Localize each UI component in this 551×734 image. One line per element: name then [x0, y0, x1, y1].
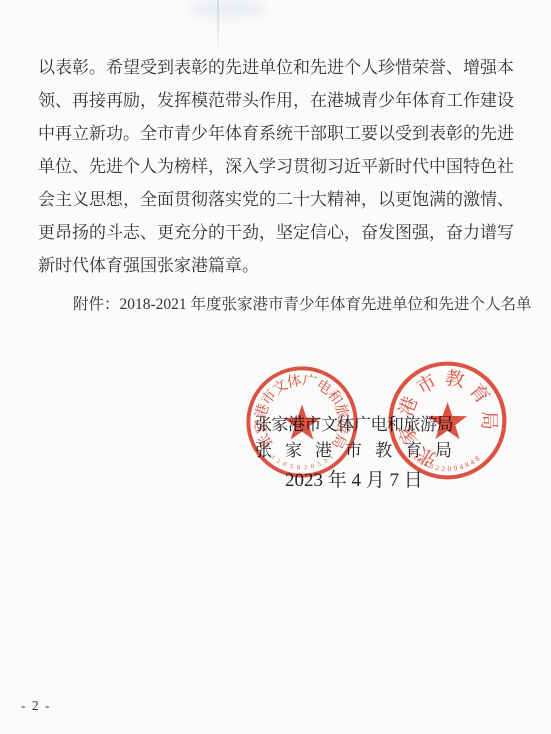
svg-text:2: 2	[435, 464, 441, 473]
body-line: 会主义思想，全面贯彻落实党的二十大精神，以更饱满的激情、	[38, 183, 516, 216]
education-bureau-seal: 张家港市教育局3205822094848	[386, 359, 509, 482]
svg-text:0: 0	[282, 461, 288, 469]
body-line: 领、再接再励，发挥模范带头作用，在港城青少年体育工作建设	[38, 84, 516, 117]
body-line: 更昂扬的斗志、更充分的干劲，坚定信心，奋发图强，奋力谱写	[38, 216, 516, 249]
culture-sports-tourism-bureau-seal: 张家港市文体广电和旅游局3205820531	[244, 364, 360, 480]
body-line: 单位、先进个人为榜样，深入学习贯彻习近平新时代中国特色社	[38, 150, 516, 183]
svg-text:局: 局	[478, 411, 499, 430]
svg-text:2: 2	[441, 465, 446, 473]
svg-text:0: 0	[447, 465, 451, 473]
svg-text:家: 家	[395, 422, 422, 447]
body-paragraph: 以表彰。希望受到表彰的先进单位和先进个人珍惜荣誉、增强本 领、再接再励，发挥模范…	[38, 51, 516, 282]
body-line: 中再立新功。全市青少年体育系统干部职工要以受到表彰的先进	[38, 117, 516, 150]
svg-text:8: 8	[474, 454, 482, 463]
seal-star-icon	[284, 405, 321, 440]
attachment-line: 附件：2018-2021 年度张家港市青少年体育先进单位和先进个人名单	[73, 294, 533, 315]
svg-text:2: 2	[275, 458, 281, 466]
page-number: - 2 -	[21, 698, 51, 714]
svg-text:5: 5	[289, 463, 294, 471]
body-line: 以表彰。希望受到表彰的先进单位和先进个人珍惜荣誉、增强本	[38, 51, 516, 84]
svg-text:9: 9	[453, 464, 458, 473]
svg-text:3: 3	[269, 453, 276, 460]
svg-text:3: 3	[323, 458, 329, 466]
svg-text:1: 1	[328, 453, 335, 460]
scan-smudge-artifact	[188, 0, 266, 18]
svg-text:5: 5	[317, 461, 323, 469]
svg-text:0: 0	[310, 463, 315, 471]
body-line: 新时代体育强国张家港篇章。	[38, 249, 516, 282]
scanned-document-page: 以表彰。希望受到表彰的先进单位和先进个人珍惜荣誉、增强本 领、再接再励，发挥模范…	[0, 0, 551, 734]
svg-text:2: 2	[304, 464, 308, 471]
svg-text:教: 教	[443, 367, 466, 392]
svg-text:港: 港	[395, 394, 422, 419]
seal-star-icon	[428, 402, 467, 439]
svg-text:8: 8	[297, 464, 301, 471]
